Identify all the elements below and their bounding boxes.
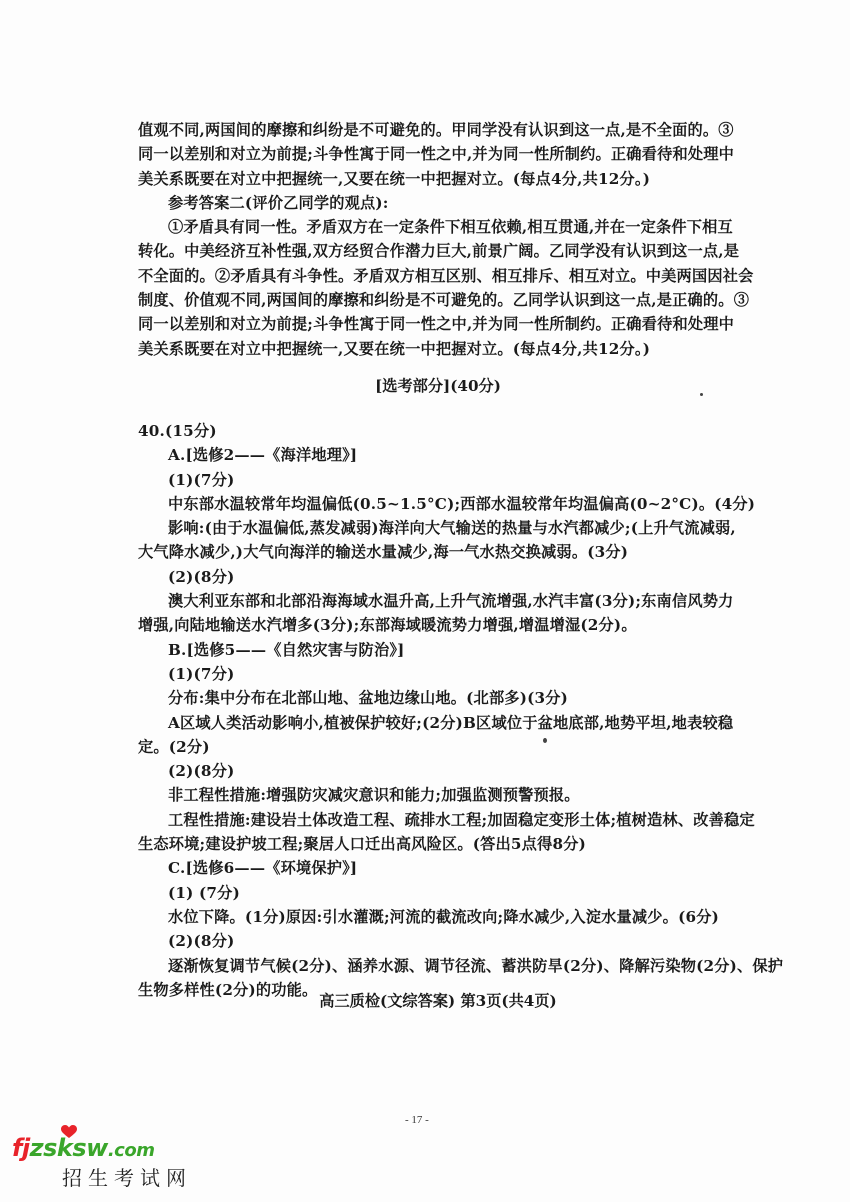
subquestion-label: (1) (7分) — [138, 881, 738, 905]
text-line: 定。(2分) — [138, 735, 738, 759]
site-logo[interactable]: fjzsksw.com 招生考试网 — [12, 1134, 182, 1194]
logo-url-part2: zsksw — [30, 1134, 108, 1162]
text-line: 同一以差别和对立为前提;斗争性寓于同一性之中,并为同一性所制约。正确看待和处理中 — [138, 312, 738, 336]
subquestion-label: (2)(8分) — [138, 929, 738, 953]
elective-section-title: [选考部分](40分) — [138, 375, 738, 396]
text-line: A区域人类活动影响小,植被保护较好;(2分)B区域位于盆地底部,地势平坦,地表较… — [138, 711, 738, 735]
question-label: 40.(15分) — [138, 419, 738, 443]
subquestion-label: (2)(8分) — [138, 759, 738, 783]
text-line: 同一以差别和对立为前提;斗争性寓于同一性之中,并为同一性所制约。正确看待和处理中 — [138, 142, 738, 166]
text-line: 增强,向陆地输送水汽增多(3分);东部海域暖流势力增强,增温增湿(2分)。 — [138, 613, 738, 637]
scan-speck — [700, 393, 703, 396]
question-40: 40.(15分) A.[选修2——《海洋地理》] (1)(7分) 中东部水温较常… — [138, 419, 738, 1002]
part-a-title: A.[选修2——《海洋地理》] — [138, 443, 738, 467]
text-line: 工程性措施:建设岩土体改造工程、疏排水工程;加固稳定变形土体;植树造林、改善稳定 — [138, 808, 738, 832]
text-line: 美关系既要在对立中把握统一,又要在统一中把握对立。(每点4分,共12分。) — [138, 167, 738, 191]
page-number: - 17 - — [405, 1114, 429, 1126]
text-line: 非工程性措施:增强防灾减灾意识和能力;加强监测预警预报。 — [138, 783, 738, 807]
logo-url: fjzsksw.com — [12, 1134, 154, 1162]
scan-speck — [543, 738, 547, 743]
text-line: 值观不同,两国间的摩擦和纠纷是不可避免的。甲同学没有认识到这一点,是不全面的。③ — [138, 118, 738, 142]
text-line: 制度、价值观不同,两国间的摩擦和纠纷是不可避免的。乙同学认识到这一点,是正确的。… — [138, 288, 738, 312]
answer-two-heading: 参考答案二(评价乙同学的观点): — [138, 191, 738, 215]
text-line: 逐渐恢复调节气候(2分)、涵养水源、调节径流、蓄洪防旱(2分)、降解污染物(2分… — [138, 954, 738, 978]
text-line: 美关系既要在对立中把握统一,又要在统一中把握对立。(每点4分,共12分。) — [138, 337, 738, 361]
text-line: ①矛盾具有同一性。矛盾双方在一定条件下相互依赖,相互贯通,并在一定条件下相互 — [138, 215, 738, 239]
answer-one-continuation: 值观不同,两国间的摩擦和纠纷是不可避免的。甲同学没有认识到这一点,是不全面的。③… — [138, 118, 738, 361]
part-b-title: B.[选修5——《自然灾害与防治》] — [138, 638, 738, 662]
text-line: 不全面的。②矛盾具有斗争性。矛盾双方相互区别、相互排斥、相互对立。中美两国因社会 — [138, 264, 738, 288]
text-line: 生态环境;建设护坡工程;聚居人口迁出高风险区。(答出5点得8分) — [138, 832, 738, 856]
subquestion-label: (1)(7分) — [138, 662, 738, 686]
logo-chinese-name: 招生考试网 — [62, 1162, 192, 1191]
document-page: 值观不同,两国间的摩擦和纠纷是不可避免的。甲同学没有认识到这一点,是不全面的。③… — [0, 0, 850, 1202]
text-line: 澳大利亚东部和北部沿海海域水温升高,上升气流增强,水汽丰富(3分);东南信风势力 — [138, 589, 738, 613]
logo-url-part3: .com — [108, 1140, 155, 1161]
logo-url-part1: fj — [12, 1134, 30, 1162]
part-c-title: C.[选修6——《环境保护》] — [138, 856, 738, 880]
text-line: 水位下降。(1分)原因:引水灌溉;河流的截流改向;降水减少,入淀水量减少。(6分… — [138, 905, 738, 929]
page-footer-title: 高三质检(文综答案) 第3页(共4页) — [138, 990, 738, 1011]
subquestion-label: (2)(8分) — [138, 565, 738, 589]
subquestion-label: (1)(7分) — [138, 468, 738, 492]
text-line: 中东部水温较常年均温偏低(0.5~1.5°C);西部水温较常年均温偏高(0~2°… — [138, 492, 738, 516]
text-line: 影响:(由于水温偏低,蒸发减弱)海洋向大气输送的热量与水汽都减少;(上升气流减弱… — [138, 516, 738, 540]
text-line: 大气降水减少,)大气向海洋的输送水量减少,海一气水热交换减弱。(3分) — [138, 540, 738, 564]
text-line: 分布:集中分布在北部山地、盆地边缘山地。(北部多)(3分) — [138, 686, 738, 710]
text-line: 转化。中美经济互补性强,双方经贸合作潜力巨大,前景广阔。乙同学没有认识到这一点,… — [138, 239, 738, 263]
